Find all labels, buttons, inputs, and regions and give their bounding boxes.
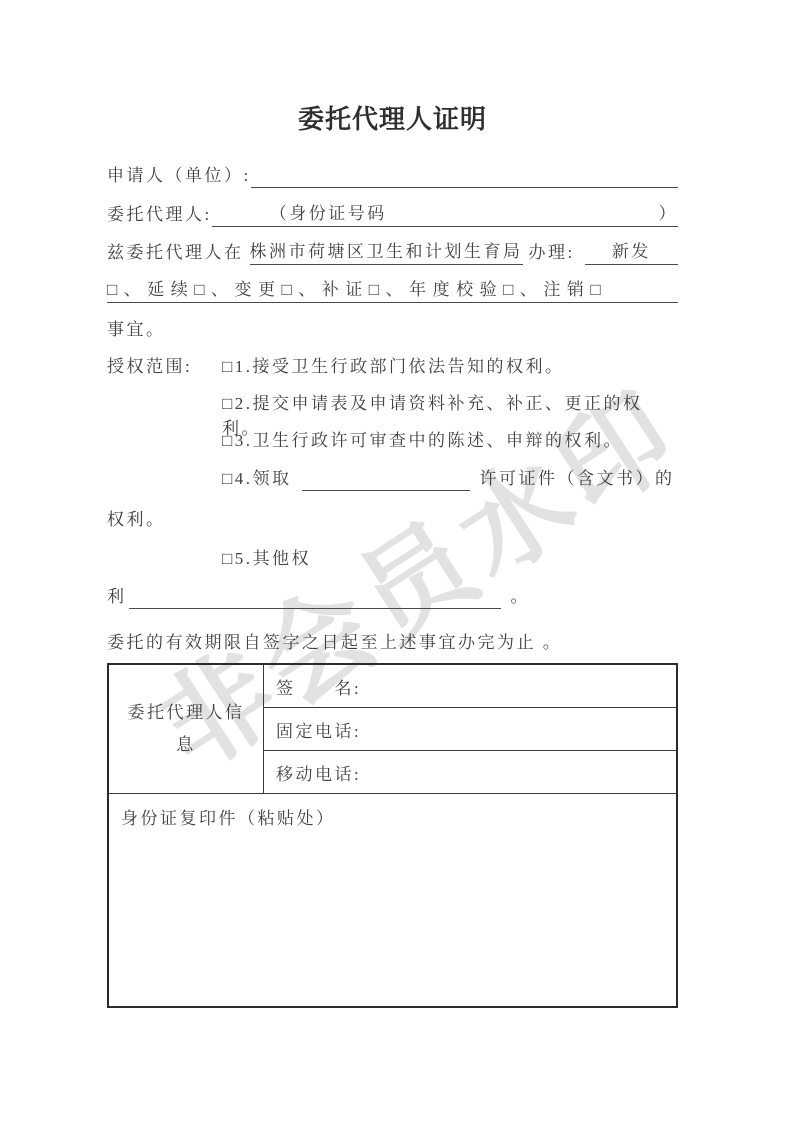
agent-info-upper-section: 委托代理人信息 签 名: 固定电话: 移动电话: — [109, 665, 676, 794]
agent-line: 委托代理人: （身份证号码 ） — [107, 201, 678, 227]
id-copy-paste-area: 身份证复印件（粘贴处） — [109, 794, 676, 1006]
applicant-label: 申请人（单位）: — [107, 163, 251, 188]
agent-blank-field: （身份证号码 ） — [212, 201, 678, 227]
signature-label: 签 名: — [276, 674, 361, 699]
scope-item-5-wrap-line: 利 。 — [107, 584, 678, 609]
matters-start: 新发 — [585, 239, 678, 265]
table-row-signature: 签 名: — [264, 665, 676, 707]
matters-line: □、延续□、变更□、补证□、年度校验□、注销□ — [107, 277, 678, 303]
applicant-blank-field — [251, 163, 678, 188]
entrust-line: 兹委托代理人在 株洲市荷塘区卫生和计划生育局 办理: 新发 — [107, 239, 678, 265]
scope-item-4-line: □4.领取 许可证件（含文书）的 — [107, 466, 678, 491]
landline-label: 固定电话: — [276, 717, 361, 742]
scope-label: 授权范围: — [107, 354, 222, 379]
table-row-mobile: 移动电话: — [264, 750, 676, 793]
handle-label: 办理: — [529, 240, 575, 265]
scope-item-1: □1.接受卫生行政部门依法告知的权利。 — [222, 354, 565, 379]
applicant-line: 申请人（单位）: — [107, 163, 678, 188]
scope-item-5-period: 。 — [511, 584, 531, 609]
agent-info-table: 委托代理人信息 签 名: 固定电话: 移动电话: 身份证复印件（粘贴处） — [107, 663, 678, 1008]
mobile-label: 移动电话: — [276, 760, 361, 785]
document-page: 非会员水印 委托代理人证明 申请人（单位）: 委托代理人: （身份证号码 ） 兹… — [0, 0, 793, 1122]
matters-end-line: 事宜。 — [107, 317, 678, 342]
agent-info-rows: 签 名: 固定电话: 移动电话: — [264, 665, 676, 793]
scope-item-5-wrap-prefix: 利 — [107, 584, 127, 609]
scope-item-4-wrap: 权利。 — [107, 507, 166, 532]
scope-item-5: □5.其他权 — [222, 546, 311, 571]
id-copy-paste-label: 身份证复印件（粘贴处） — [121, 809, 336, 828]
authority-name: 株洲市荷塘区卫生和计划生育局 — [250, 239, 523, 265]
scope-item-3-line: □3.卫生行政许可审查中的陈述、申辩的权利。 — [107, 428, 678, 453]
scope-item-5-blank-field — [129, 584, 501, 609]
scope-item-5-line: □5.其他权 — [107, 546, 678, 571]
scope-line: 授权范围: □1.接受卫生行政部门依法告知的权利。 — [107, 354, 678, 379]
scope-item-4-prefix: □4.领取 — [222, 466, 292, 491]
matters-checkboxes: □、延续□、变更□、补证□、年度校验□、注销□ — [107, 277, 678, 303]
agent-label: 委托代理人: — [107, 202, 212, 227]
validity-line: 委托的有效期限自签字之日起至上述事宜办完为止 。 — [107, 630, 678, 655]
agent-id-close-paren: ） — [659, 201, 679, 226]
agent-info-group-header-cell: 委托代理人信息 — [109, 665, 264, 793]
entrust-prefix: 兹委托代理人在 — [107, 240, 244, 265]
agent-id-prefix: （身份证号码 — [212, 201, 387, 226]
document-content: 委托代理人证明 申请人（单位）: 委托代理人: （身份证号码 ） 兹委托代理人在… — [107, 0, 678, 1122]
scope-item-4-suffix: 许可证件（含文书）的 — [480, 466, 675, 491]
scope-item-4-wrap-line: 权利。 — [107, 507, 678, 532]
agent-info-group-header: 委托代理人信息 — [122, 697, 250, 761]
validity-text: 委托的有效期限自签字之日起至上述事宜办完为止 。 — [107, 630, 562, 655]
table-row-landline: 固定电话: — [264, 707, 676, 750]
matters-end: 事宜。 — [107, 317, 166, 342]
page-title: 委托代理人证明 — [107, 99, 678, 136]
scope-item-4-blank-field — [302, 466, 470, 491]
scope-item-3: □3.卫生行政许可审查中的陈述、申辩的权利。 — [222, 428, 623, 453]
